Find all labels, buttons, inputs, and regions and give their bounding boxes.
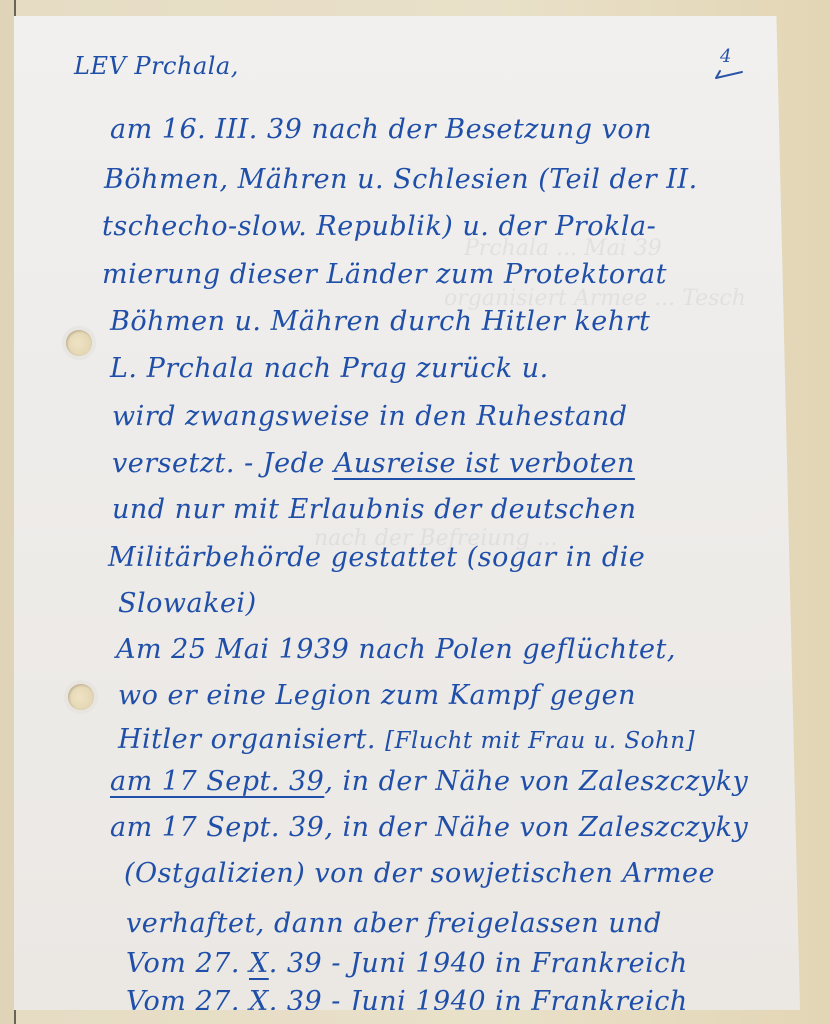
underlined-date: am 17 Sept. 39: [110, 766, 324, 797]
text-line-16: am 17 Sept. 39, in der Nähe von Zaleszcz…: [110, 812, 748, 843]
letter-heading: LEV Prchala,: [74, 52, 239, 80]
text-line-19: Vom 27. X. 39 - Juni 1940 in Frankreich: [126, 948, 688, 979]
text-line-2: Böhmen, Mähren u. Schlesien (Teil der II…: [104, 164, 698, 195]
text-line-15-rest: , in der Nähe von Zaleszczyky: [324, 766, 748, 797]
text-line-10: Militärbehörde gestattet (sogar in die: [108, 542, 645, 573]
text-line-19-prefix: Vom 27.: [126, 948, 249, 979]
bracketed-note: [Flucht mit Frau u. Sohn]: [385, 728, 695, 754]
page-number: 4: [720, 46, 731, 67]
text-line-14-prefix: Hitler organisiert.: [118, 724, 385, 755]
text-line-14: Hitler organisiert. [Flucht mit Frau u. …: [118, 724, 695, 755]
text-line-7: wird zwangsweise in den Ruhestand: [112, 401, 628, 432]
text-line-18: verhaftet, dann aber freigelassen und: [126, 908, 662, 939]
text-line-8: versetzt. - Jede Ausreise ist verboten: [112, 448, 635, 479]
text-line-9: und nur mit Erlaubnis der deutschen: [112, 494, 637, 525]
text-line-12: Am 25 Mai 1939 nach Polen geflüchtet,: [116, 634, 676, 665]
text-line-11: Slowakei): [118, 588, 257, 619]
punch-hole-top: [66, 330, 92, 356]
text-line-17: (Ostgalizien) von der sowjetischen Armee: [124, 858, 715, 889]
text-line-19-rest: . 39 - Juni 1940 in Frankreich: [269, 948, 688, 979]
page-mark-arrow-icon: [714, 68, 744, 80]
punch-hole-bottom: [68, 684, 94, 710]
text-line-13: wo er eine Legion zum Kampf gegen: [118, 680, 636, 711]
text-line-3: tschecho-slow. Republik) u. der Prokla-: [102, 211, 656, 242]
letter-page: Prchala ... Mai 39 organisiert Armee ...…: [14, 16, 800, 1010]
text-line-20: Vom 27. X. 39 - Juni 1940 in Frankreich: [126, 986, 688, 1017]
text-line-6: L. Prchala nach Prag zurück u.: [110, 353, 549, 384]
desk-background-edge: [0, 0, 16, 1024]
underlined-phrase: Ausreise ist verboten: [334, 448, 635, 479]
underlined-month: X: [249, 948, 269, 979]
text-line-15: am 17 Sept. 39, in der Nähe von Zaleszcz…: [110, 766, 748, 797]
text-line-1: am 16. III. 39 nach der Besetzung von: [110, 114, 652, 145]
text-line-5: Böhmen u. Mähren durch Hitler kehrt: [110, 306, 650, 337]
text-line-8-prefix: versetzt. - Jede: [112, 448, 334, 479]
text-line-4: mierung dieser Länder zum Protektorat: [102, 259, 667, 290]
